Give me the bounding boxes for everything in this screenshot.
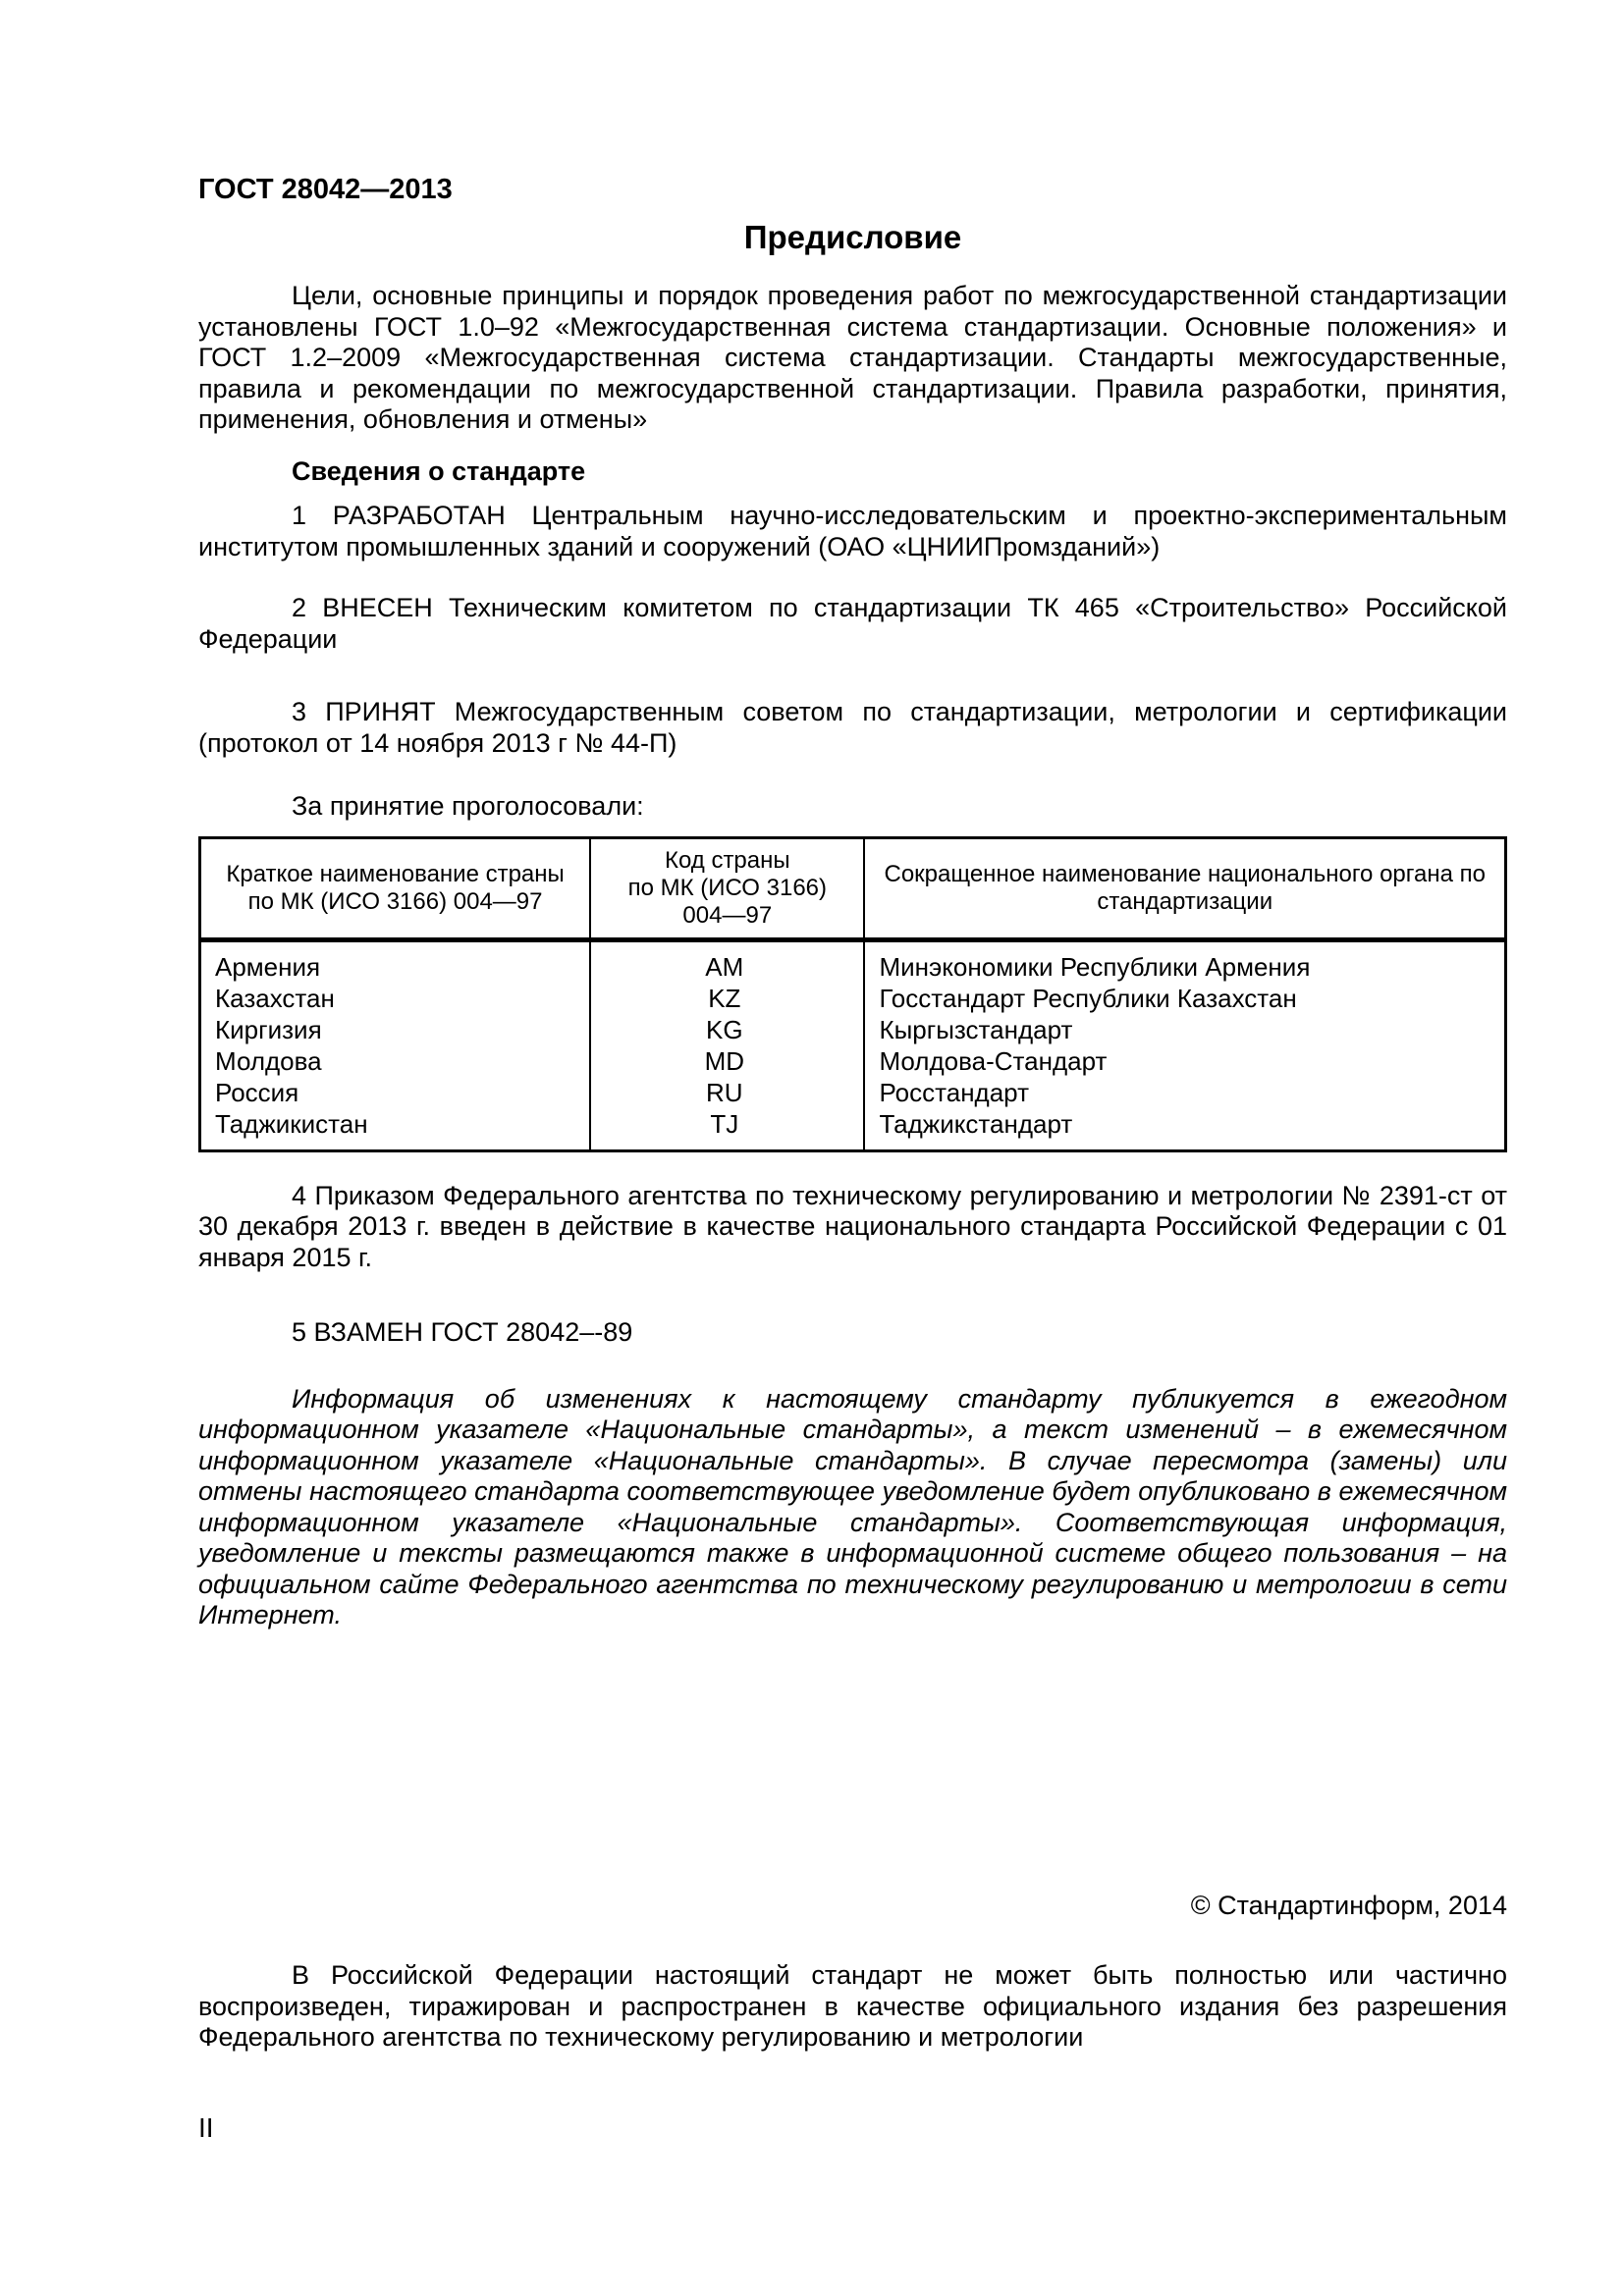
vote-lead-text: За принятие проголосовали: [198,791,1507,823]
cell-code: MD [590,1045,864,1077]
doc-number: ГОСТ 28042—2013 [198,175,1507,204]
table-row: Таджикистан TJ Таджикстандарт [200,1108,1506,1151]
cell-code: AM [590,939,864,983]
copyright-line: © Стандартинформ, 2014 [198,1891,1507,1921]
cell-body: Госстандарт Республики Казахстан [864,983,1505,1014]
voting-table: Краткое наименование страны по МК (ИСО 3… [198,836,1507,1152]
cell-country: Казахстан [200,983,591,1014]
table-row: Армения AM Минэкономики Республики Армен… [200,939,1506,983]
column-header-code: Код страны по МК (ИСО 3166) 004—97 [590,837,864,939]
column-header-country: Краткое наименование страны по МК (ИСО 3… [200,837,591,939]
cell-body: Минэкономики Республики Армения [864,939,1505,983]
table-row: Киргизия KG Кыргызстандарт [200,1014,1506,1045]
cell-body: Росстандарт [864,1077,1505,1108]
document-page: ГОСТ 28042—2013 Предисловие Цели, основн… [0,0,1624,2296]
table-row: Россия RU Росстандарт [200,1077,1506,1108]
foreword-item-4-order: 4 Приказом Федерального агентства по тех… [198,1181,1507,1274]
table-header-row: Краткое наименование страны по МК (ИСО 3… [200,837,1506,939]
reproduction-restriction-note: В Российской Федерации настоящий стандар… [198,1960,1507,2054]
table-row: Молдова MD Молдова-Стандарт [200,1045,1506,1077]
cell-country: Россия [200,1077,591,1108]
cell-body: Таджикстандарт [864,1108,1505,1151]
foreword-item-3-adopted: 3 ПРИНЯТ Межгосударственным советом по с… [198,697,1507,759]
cell-country: Таджикистан [200,1108,591,1151]
cell-body: Кыргызстандарт [864,1014,1505,1045]
table-row: Казахстан KZ Госстандарт Республики Каза… [200,983,1506,1014]
changes-information-note: Информация об изменениях к настоящему ст… [198,1384,1507,1631]
page-number: II [198,2112,1507,2143]
foreword-item-1-developed: 1 РАЗРАБОТАН Центральным научно-исследов… [198,501,1507,562]
column-header-body: Сокращенное наименование национального о… [864,837,1505,939]
foreword-item-2-submitted: 2 ВНЕСЕН Техническим комитетом по станда… [198,593,1507,655]
foreword-item-5-replaces: 5 ВЗАМЕН ГОСТ 28042–-89 [198,1317,1507,1349]
cell-code: RU [590,1077,864,1108]
cell-code: KZ [590,983,864,1014]
page-title: Предисловие [198,221,1507,254]
standard-info-heading: Сведения о стандарте [198,456,1507,488]
intro-paragraph: Цели, основные принципы и порядок провед… [198,281,1507,436]
cell-code: TJ [590,1108,864,1151]
cell-body: Молдова-Стандарт [864,1045,1505,1077]
cell-country: Армения [200,939,591,983]
cell-country: Молдова [200,1045,591,1077]
cell-country: Киргизия [200,1014,591,1045]
cell-code: KG [590,1014,864,1045]
